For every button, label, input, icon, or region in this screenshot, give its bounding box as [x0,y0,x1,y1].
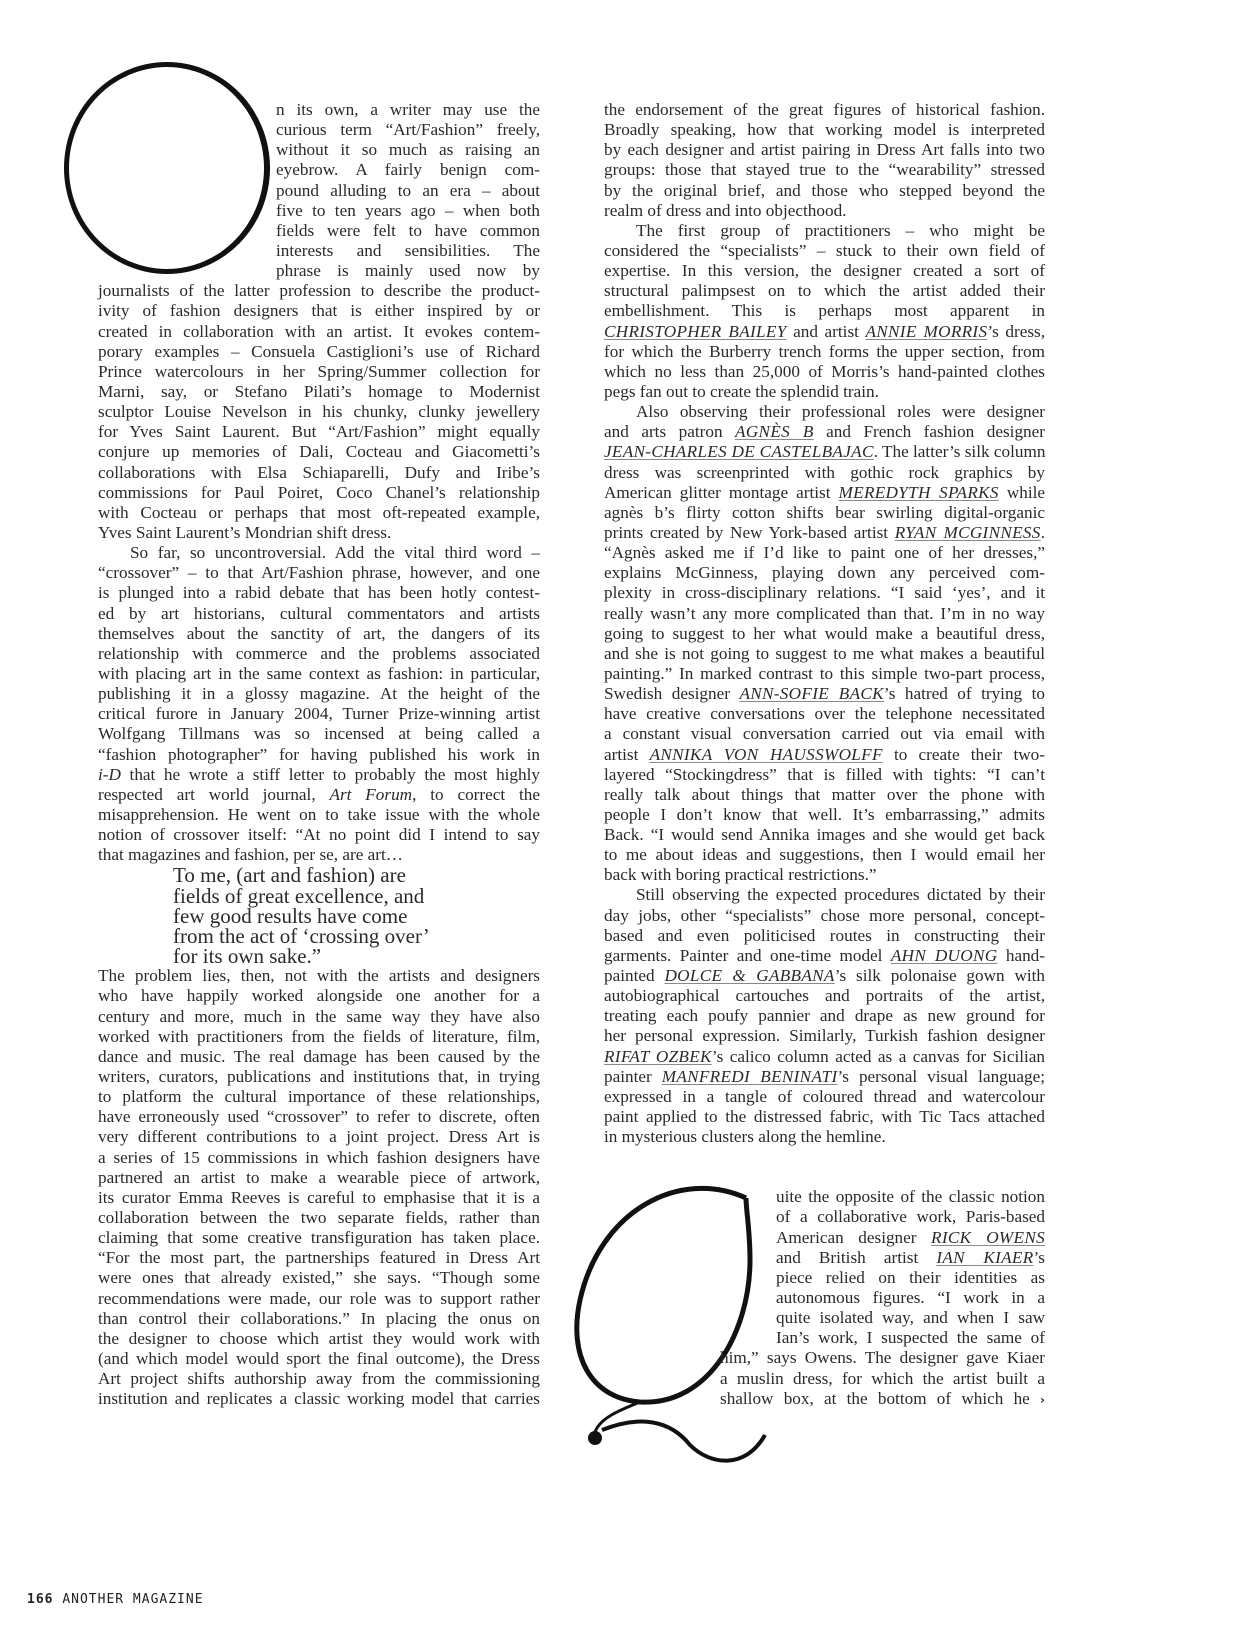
text-line: Art project shifts authorship away from … [98,1369,540,1389]
text-line: plexity in cross-disciplinary relations.… [604,583,1045,603]
name-link-agnes-b[interactable]: AGNÈS B [735,422,814,441]
text-line: sculptor Louise Nevelson in his chunky, … [98,402,540,422]
text-line: structural palimpsest on to which the ar… [604,281,1045,301]
text-line: (and which model would sport the final o… [98,1349,540,1369]
text-line: with placing art in the same context as … [98,664,540,684]
text-line: “Agnès asked me if I’d like to paint one… [604,543,1045,563]
text-line: for Yves Saint Laurent. But “Art/Fashion… [98,422,540,442]
text-fragment: prints created by New York-based artist [604,523,895,542]
text-line: ed by art historians, cultural commentat… [98,604,540,624]
text-line: curious term “Art/Fashion” freely, [276,120,540,140]
name-link-rick-owens[interactable]: RICK OWENS [931,1228,1045,1247]
text-line: Prince watercolours in her Spring/Summer… [98,362,540,382]
text-line: prints created by New York-based artist … [604,523,1045,543]
paragraph: the endorsement of the great figures of … [604,100,1045,221]
text-line: Wolfgang Tillmans was so incensed at bei… [98,724,540,744]
continue-arrow-icon: › [1040,1393,1045,1407]
text-fragment: painter [604,1067,662,1086]
paragraph: So far, so uncontroversial. Add the vita… [98,543,540,865]
text-line: relationship with commerce and the probl… [98,644,540,664]
text-line: by the original brief, and those who ste… [604,181,1045,201]
text-line: created in collaboration with an artist.… [98,322,540,342]
text-fragment: shallow box, at the bottom of which he [720,1389,1030,1408]
text-line: The first group of practitioners – who m… [604,221,1045,241]
text-line: autobiographical cartouches and portrait… [604,986,1045,1006]
text-line: embellishment. This is perhaps most appa… [604,301,1045,321]
text-fragment: . [1041,523,1045,542]
text-line: Marni, say, or Stefano Pilati’s homage t… [98,382,540,402]
pull-quote-line: To me, (art and fashion) are [98,865,540,885]
text-line: CHRISTOPHER BAILEY and artist ANNIE MORR… [604,322,1045,342]
text-line: themselves about the sanctity of art, th… [98,624,540,644]
text-line: than control their collaborations.” In p… [98,1309,540,1329]
paragraph: The problem lies, then, not with the art… [98,966,540,1409]
text-line: eyebrow. A fairly benign com- [276,160,540,180]
text-line: recommendations were made, our role was … [98,1289,540,1309]
text-line: have erroneously used “crossover” to ref… [98,1107,540,1127]
paragraph: Also observing their professional roles … [604,402,1045,885]
text-line: RIFAT OZBEK’s calico column acted as a c… [604,1047,1045,1067]
text-line: really wasn’t any more complicated than … [604,604,1045,624]
text-line: i-D that he wrote a stiff letter to prob… [98,765,540,785]
page-number: 166 [27,1592,53,1607]
pull-quote-line: fields of great excellence, and [98,886,540,906]
text-line: journalists of the latter profession to … [98,281,540,301]
text-line: critical furore in January 2004, Turner … [98,704,540,724]
text-line: which no less than 25,000 of Morris’s ha… [604,362,1045,382]
text-line: Ian’s work, I suspected the same of [776,1328,1045,1348]
text-line: writers, curators, publications and inst… [98,1067,540,1087]
text-line: commissions for Paul Poiret, Coco Chanel… [98,483,540,503]
text-line: painting.” In marked contrast to this si… [604,664,1045,684]
text-line: artist ANNIKA VON HAUSSWOLFF to create t… [604,745,1045,765]
text-line: JEAN-CHARLES DE CASTELBAJAC. The latter’… [604,442,1045,462]
text-line: notion of crossover itself: “At no point… [98,825,540,845]
q-wrapped-lines: uite the opposite of the classic notion … [604,1187,1045,1348]
text-fragment: and artist [787,322,866,341]
text-line: dance and music. The real damage has bee… [98,1047,540,1067]
text-line: a series of 15 commissions in which fash… [98,1148,540,1168]
text-line: going to suggest to her what would make … [604,624,1045,644]
text-line: treating each poufy pannier and drape as… [604,1006,1045,1026]
text-fragment: to create their two- [883,745,1045,764]
text-line: partnered an artist to make a wearable p… [98,1168,540,1188]
text-line: day jobs, other “specialists” chose more… [604,906,1045,926]
text-line: the endorsement of the great figures of … [604,100,1045,120]
text-line: The problem lies, then, not with the art… [98,966,540,986]
text-line: pegs fan out to create the splendid trai… [604,382,1045,402]
paragraph: Still observing the expected procedures … [604,885,1045,1147]
publication-name: ANOTHER MAGAZINE [62,1592,203,1607]
text-line: were ones that already existed,” she say… [98,1268,540,1288]
intro-wrapped-lines: n its own, a writer may use the curious … [98,100,540,281]
text-line: misapprehension. He went on to take issu… [98,805,540,825]
text-line: worked with practitioners from the field… [98,1027,540,1047]
text-line: for which the Burberry trench forms the … [604,342,1045,362]
text-line: based and even politicised routes in con… [604,926,1045,946]
text-line: Swedish designer ANN-SOFIE BACK’s hatred… [604,684,1045,704]
paragraph: journalists of the latter profession to … [98,281,540,543]
text-line: to me about ideas and suggestions, then … [604,845,1045,865]
text-fragment: and British artist [776,1248,936,1267]
pull-quote-line: from the act of ‘crossing over’ [98,926,540,946]
text-fragment: ’s [1034,1248,1045,1267]
name-link-ann-sofie-back[interactable]: ANN-SOFIE BACK [739,684,883,703]
text-line: fields were felt to have common [276,221,540,241]
text-line: her personal expression. Similarly, Turk… [604,1026,1045,1046]
text-line: in mysterious clusters along the hemline… [604,1127,1045,1147]
text-line: “fashion photographer” for having publis… [98,745,540,765]
text-line: porary examples – Consuela Castiglioni’s… [98,342,540,362]
text-line: autonomous figures. “I work in a [776,1288,1045,1308]
text-line: “crossover” – to that Art/Fashion phrase… [98,563,540,583]
text-line: claiming that some creative transfigurat… [98,1228,540,1248]
text-line: Also observing their professional roles … [604,402,1045,422]
text-line: painted DOLCE & GABBANA’s silk polonaise… [604,966,1045,986]
name-link-manfredi-beninati[interactable]: MANFREDI BENINATI [662,1067,838,1086]
text-line: respected art world journal, Art Forum, … [98,785,540,805]
article-column-left: n its own, a writer may use the curious … [98,100,540,1409]
article-column-right: the endorsement of the great figures of … [604,100,1045,1409]
pull-quote-line: for its own sake.” [98,946,540,966]
text-line: interests and sensibilities. The [276,241,540,261]
text-line: to platform the cultural importance of t… [98,1087,540,1107]
name-link-ian-kiaer[interactable]: IAN KIAER [936,1248,1033,1267]
pull-quote: To me, (art and fashion) are fields of g… [98,865,540,966]
text-fragment: ’s personal visual language; [838,1067,1046,1086]
text-line: n its own, a writer may use the [276,100,540,120]
text-line: with Cocteau or perhaps that most oft-re… [98,503,540,523]
text-fragment: Swedish designer [604,684,739,703]
text-fragment: . The latter’s silk column [874,442,1046,461]
text-line: expertise. In this version, the designer… [604,261,1045,281]
text-line: garments. Painter and one-time model AHN… [604,946,1045,966]
text-line: Yves Saint Laurent’s Mondrian shift dres… [98,523,540,543]
text-line: five to ten years ago – when both [276,201,540,221]
text-line: Back. “I would send Annika images and sh… [604,825,1045,845]
pull-quote-line: few good results have come [98,906,540,926]
text-fragment: ’s silk polonaise gown with [835,966,1045,985]
text-line: back with boring practical restrictions.… [604,865,1045,885]
text-fragment: ’s hatred of trying to [884,684,1045,703]
text-line: without it so much as raising an [276,140,540,160]
text-fragment: painted [604,966,664,985]
text-line: publishing it in a glossy magazine. At t… [98,684,540,704]
text-line: piece relied on their identities as [776,1268,1045,1288]
name-link-christopher-bailey[interactable]: CHRISTOPHER BAILEY [604,322,787,341]
text-line: collaboration between the two separate f… [98,1208,540,1228]
name-link-jean-charles-de-castelbajac[interactable]: JEAN-CHARLES DE CASTELBAJAC [604,442,874,461]
text-line: American designer RICK OWENS [776,1228,1045,1248]
text-line: the designer to choose which artist they… [98,1329,540,1349]
page-footer: 166 ANOTHER MAGAZINE [27,1592,204,1607]
text-line: expressed in a tangle of coloured thread… [604,1087,1045,1107]
text-line: is plunged into a rabid debate that has … [98,583,540,603]
name-link-rifat-ozbek[interactable]: RIFAT OZBEK [604,1047,712,1066]
text-fragment: and French fashion designer [814,422,1045,441]
text-line: have creative conversations over the tel… [604,704,1045,724]
text-line: institution and replicates a classic wor… [98,1389,540,1409]
text-line: its curator Emma Reeves is careful to em… [98,1188,540,1208]
text-fragment: that he wrote a stiff letter to probably… [121,765,540,784]
name-link-meredyth-sparks[interactable]: MEREDYTH SPARKS [839,483,999,502]
text-line: by each designer and artist pairing in D… [604,140,1045,160]
q-wrapped-lines-lower: him,” says Owens. The designer gave Kiae… [604,1348,1045,1408]
text-line: that magazines and fashion, per se, are … [98,845,540,865]
text-line: of a collaborative work, Paris-based [776,1207,1045,1227]
text-line: considered the “specialists” – stuck to … [604,241,1045,261]
text-line: agnès b’s flirty cotton shifts bear swir… [604,503,1045,523]
text-line: shallow box, at the bottom of which he › [720,1389,1045,1409]
text-fragment: respected art world journal, [98,785,329,804]
paragraph: The first group of practitioners – who m… [604,221,1045,402]
text-line: realm of dress and into objecthood. [604,201,1045,221]
text-line: and arts patron AGNÈS B and French fashi… [604,422,1045,442]
name-link-annie-morris[interactable]: ANNIE MORRIS [865,322,987,341]
text-line: groups: those that stayed true to the “w… [604,160,1045,180]
text-line: who have happily worked alongside one an… [98,986,540,1006]
text-line: him,” says Owens. The designer gave Kiae… [720,1348,1045,1368]
text-line: collaborations with Elsa Schiaparelli, D… [98,463,540,483]
text-line: very different contributions to a joint … [98,1127,540,1147]
text-line: “For the most part, the partnerships fea… [98,1248,540,1268]
text-fragment: and arts patron [604,422,735,441]
text-fragment: ’s calico column acted as a canvas for S… [712,1047,1045,1066]
publication-title-art-forum: Art Forum [329,785,412,804]
text-line: and she is not going to suggest to me wh… [604,644,1045,664]
name-link-annika-von-hausswolff[interactable]: ANNIKA VON HAUSSWOLFF [650,745,883,764]
name-link-dolce-gabbana[interactable]: DOLCE & GABBANA [664,966,834,985]
text-line: painter MANFREDI BENINATI’s personal vis… [604,1067,1045,1087]
text-fragment: artist [604,745,650,764]
text-line: phrase is mainly used now by [276,261,540,281]
text-line: American glitter montage artist MEREDYTH… [604,483,1045,503]
text-line: ivity of fashion designers that is eithe… [98,301,540,321]
text-line: a constant visual conversation carried o… [604,724,1045,744]
text-line: a muslin dress, for which the artist bui… [720,1369,1045,1389]
text-fragment: American glitter montage artist [604,483,839,502]
text-line: people I don’t know that well. It’s emba… [604,805,1045,825]
text-line: uite the opposite of the classic notion [776,1187,1045,1207]
text-fragment: garments. Painter and one-time model [604,946,891,965]
text-line: Broadly speaking, how that working model… [604,120,1045,140]
text-fragment: ’s dress, [987,322,1045,341]
text-fragment: , to correct the [412,785,540,804]
name-link-ryan-mcginness[interactable]: RYAN MCGINNESS [895,523,1041,542]
name-link-ahn-duong[interactable]: AHN DUONG [891,946,998,965]
text-line: pound alluding to an era – about [276,181,540,201]
text-line: quite isolated way, and when I saw [776,1308,1045,1328]
text-line: century and more, much in the same way t… [98,1007,540,1027]
text-line: dress was screenprinted with gothic rock… [604,463,1045,483]
text-line: layered “Stockingdress” that is filled w… [604,765,1045,785]
text-line: conjure up memories of Dali, Cocteau and… [98,442,540,462]
text-line: explains McGinness, playing down any per… [604,563,1045,583]
text-line: paint applied to the distressed fabric, … [604,1107,1045,1127]
publication-title-i-d: i-D [98,765,121,784]
text-fragment: hand- [997,946,1045,965]
text-line: So far, so uncontroversial. Add the vita… [98,543,540,563]
text-line: and British artist IAN KIAER’s [776,1248,1045,1268]
text-line: really talk about things that matter ove… [604,785,1045,805]
text-fragment: while [999,483,1045,502]
text-line: Still observing the expected procedures … [604,885,1045,905]
text-fragment: American designer [776,1228,931,1247]
section-spacer [604,1147,1045,1187]
